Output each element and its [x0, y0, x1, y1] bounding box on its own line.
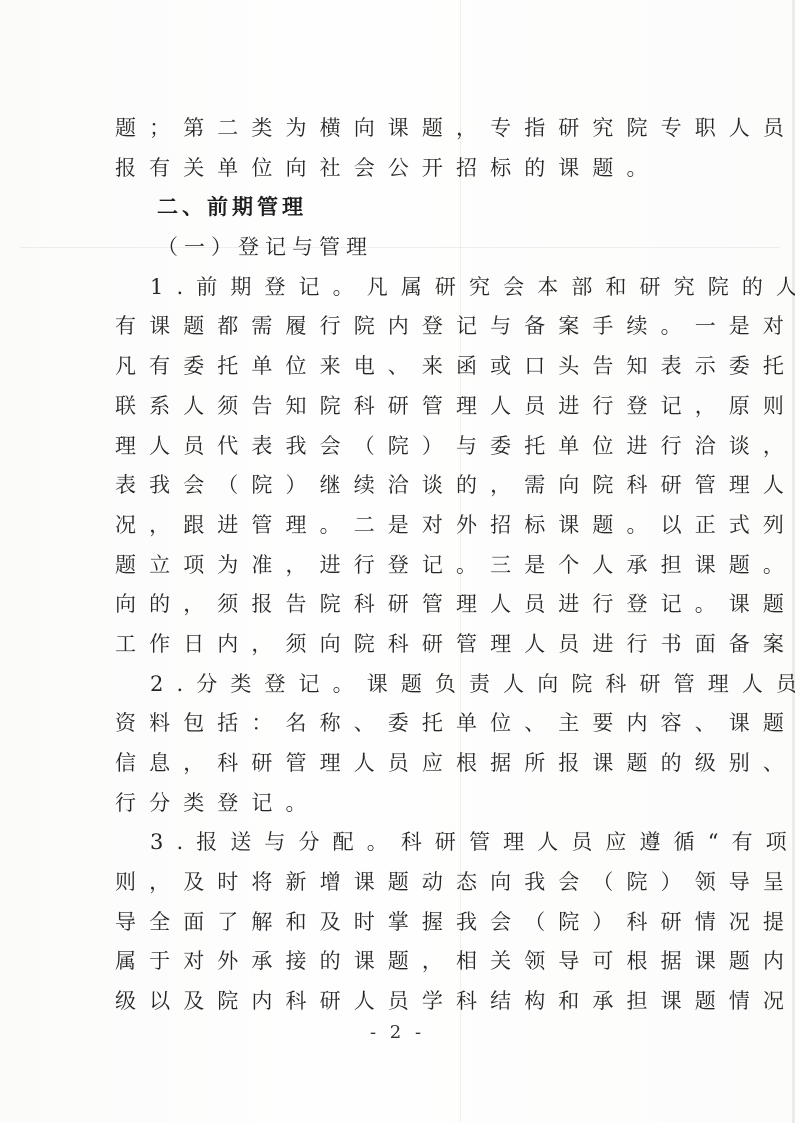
document-page: 题；第二类为横向课题，专指研究院专职人员以个人名义申 报有关单位向社会公开招标的…: [0, 0, 795, 1123]
paragraph-line: 导全面了解和及时掌握我会（院）科研情况提供一手资料。: [115, 903, 695, 943]
paragraph-line: 级以及院内科研人员学科结构和承担课题情况等，提名课题: [115, 982, 695, 1022]
paragraph-line: 题；第二类为横向课题，专指研究院专职人员以个人名义申: [115, 109, 695, 149]
section-heading: 二、前期管理: [115, 188, 695, 228]
paragraph-line: 行分类登记。: [115, 784, 695, 824]
paragraph-line: 表我会（院）继续洽谈的，需向院科研管理人员报告进展情: [115, 466, 695, 506]
paragraph-line: 凡有委托单位来电、来函或口头告知表示委托意向的，课题: [115, 347, 695, 387]
paragraph-line: 1.前期登记。凡属研究会本部和研究院的人员承接的所: [115, 268, 695, 308]
paragraph-line: 况，跟进管理。二是对外招标课题。以正式列入招标公布课: [115, 506, 695, 546]
paragraph-line: 理人员代表我会（院）与委托单位进行洽谈，如需联系人代: [115, 427, 695, 467]
paragraph-line: 3.报送与分配。科研管理人员应遵循“有项必报”的原: [115, 823, 695, 863]
paragraph-line: 资料包括：名称、委托单位、主要内容、课题团队、预算等: [115, 704, 695, 744]
paragraph-line: 工作日内，须向院科研管理人员进行书面备案管理。: [115, 625, 695, 665]
paragraph-line: 则，及时将新增课题动态向我会（院）领导呈送报件，为领: [115, 863, 695, 903]
paragraph-line: 向的，须报告院科研管理人员进行登记。课题批准下达 5 个: [115, 585, 695, 625]
page-number: - 2 -: [0, 1022, 795, 1043]
paragraph-line: 联系人须告知院科研管理人员进行登记，原则上由院科研管: [115, 387, 695, 427]
subsection-heading: （一）登记与管理: [115, 228, 695, 268]
paragraph-line: 2.分类登记。课题负责人向院科研管理人员报送的课题: [115, 665, 695, 705]
paragraph-line: 报有关单位向社会公开招标的课题。: [115, 149, 695, 189]
paragraph-line: 题立项为准，进行登记。三是个人承担课题。本人有申请意: [115, 546, 695, 586]
paragraph-line: 属于对外承接的课题，相关领导可根据课题内容、性质、等: [115, 942, 695, 982]
paragraph-line: 有课题都需履行院内登记与备案手续。一是对外承接课题。: [115, 307, 695, 347]
document-body: 题；第二类为横向课题，专指研究院专职人员以个人名义申 报有关单位向社会公开招标的…: [115, 109, 695, 1022]
paragraph-line: 信息，科研管理人员应根据所报课题的级别、类别和属性进: [115, 744, 695, 784]
